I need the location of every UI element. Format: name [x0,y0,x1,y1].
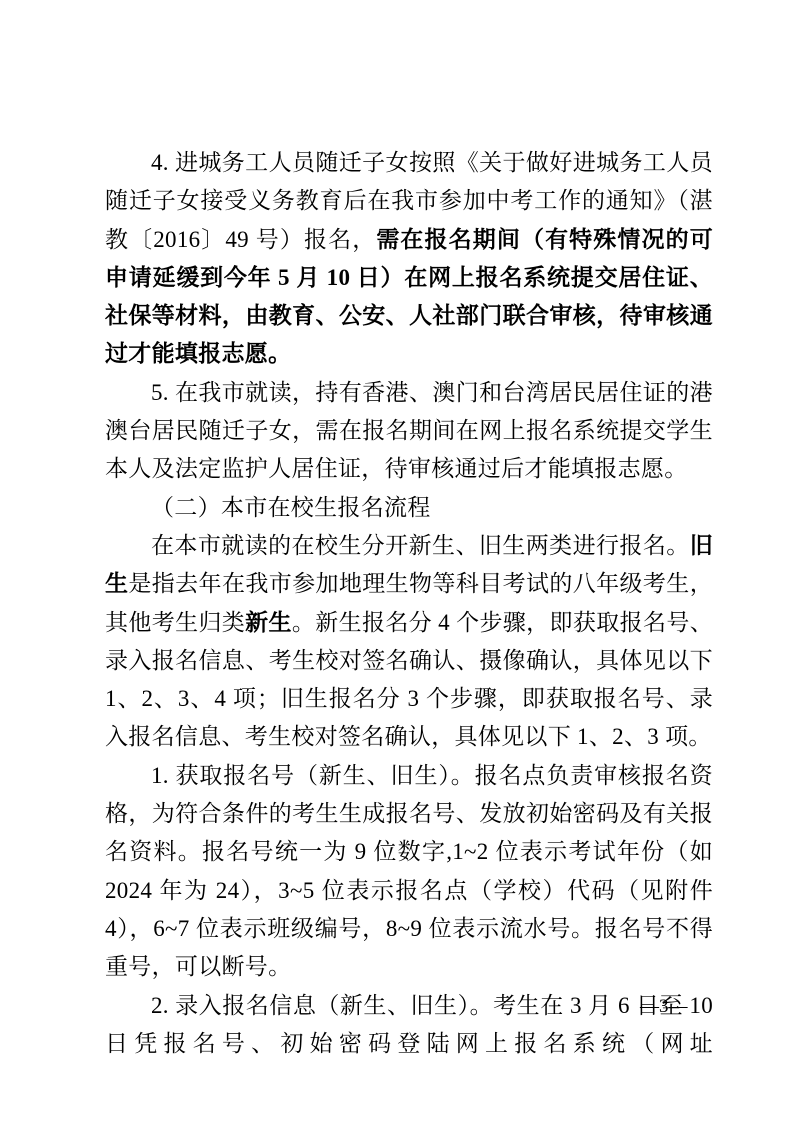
bold-text-run: 新生 [245,610,292,635]
text-run: （二）本市在校生报名流程 [151,495,431,520]
para-step-2-enter-registration-info: 2. 录入报名信息（新生、旧生）。考生在 3 月 6 日至 10 日凭报名号、初… [105,987,713,1064]
footer-page-number: —3— [640,996,688,1018]
document-body: 4. 进城务工人员随迁子女按照《关于做好进城务工人员随迁子女接受义务教育后在我市… [105,144,713,1063]
para-new-old-student-classification: 在本市就读的在校生分开新生、旧生两类进行报名。旧生是指去年在我市参加地理生物等科… [105,527,713,757]
heading-section-2-local-students-procedure: （二）本市在校生报名流程 [105,489,713,527]
text-run: 在本市就读的在校生分开新生、旧生两类进行报名。 [151,533,690,558]
para-4-migrant-worker-children: 4. 进城务工人员随迁子女按照《关于做好进城务工人员随迁子女接受义务教育后在我市… [105,144,713,374]
para-5-hk-macao-taiwan-children: 5. 在我市就读，持有香港、澳门和台湾居民居住证的港澳台居民随迁子女，需在报名期… [105,374,713,489]
text-run: 1. 获取报名号（新生、旧生）。报名点负责审核报名资格，为符合条件的考生生成报名… [105,763,713,979]
document-page: 4. 进城务工人员随迁子女按照《关于做好进城务工人员随迁子女接受义务教育后在我市… [0,0,794,1123]
text-run: 5. 在我市就读，持有香港、澳门和台湾居民居住证的港澳台居民随迁子女，需在报名期… [105,380,713,482]
para-step-1-obtain-registration-number: 1. 获取报名号（新生、旧生）。报名点负责审核报名资格，为符合条件的考生生成报名… [105,757,713,987]
text-run: 2. 录入报名信息（新生、旧生）。考生在 3 月 6 日至 10 日凭报名号、初… [105,993,713,1056]
